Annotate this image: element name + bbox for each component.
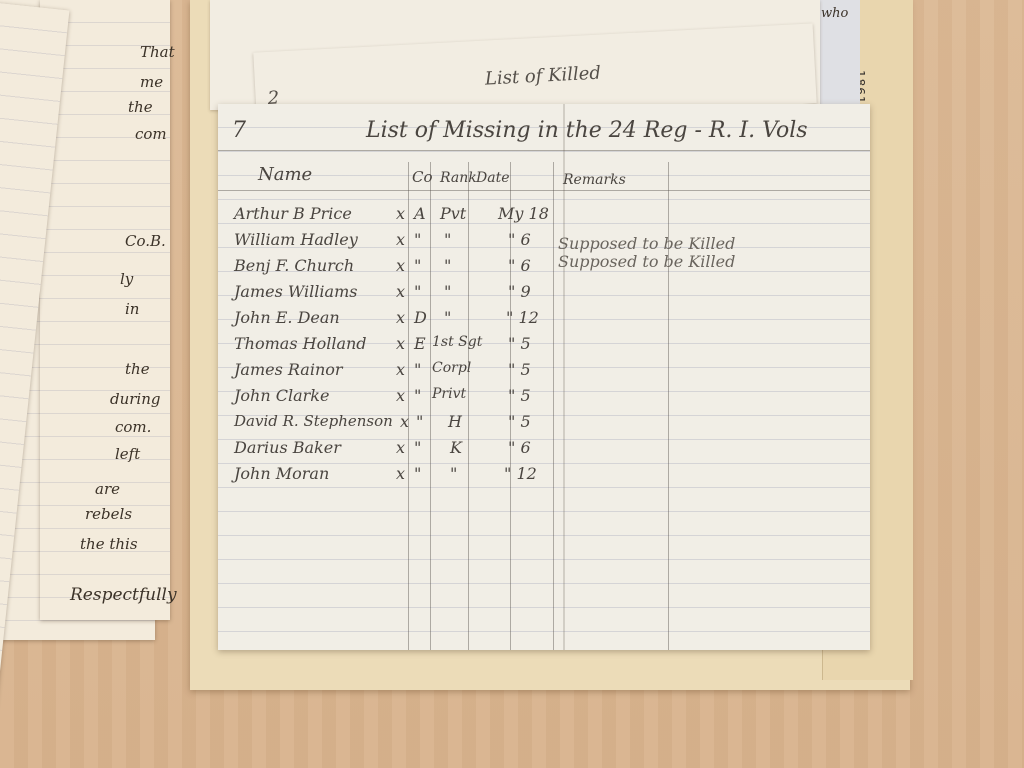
- cell-date: " 6: [508, 438, 531, 457]
- cell-date: " 5: [508, 360, 531, 379]
- letter-word: during: [110, 390, 161, 408]
- letter-word: com: [135, 125, 167, 143]
- cell-name: Thomas Holland: [234, 334, 367, 353]
- cell-date: " 12: [504, 464, 537, 483]
- table-row: Arthur B Price x A Pvt My 18: [218, 204, 870, 231]
- cell-mark: x: [396, 282, 405, 301]
- cell-mark: x: [396, 360, 405, 379]
- cell-co: ": [414, 256, 421, 275]
- letter-word: That: [140, 43, 175, 61]
- cell-name: John Moran: [234, 464, 329, 483]
- cell-mark: x: [396, 204, 405, 223]
- cell-name: Benj F. Church: [234, 256, 354, 275]
- ledger-sheet-missing: 7 List of Missing in the 24 Reg - R. I. …: [218, 104, 870, 650]
- cell-rank: ": [444, 282, 451, 301]
- cell-co: D: [414, 308, 427, 327]
- cell-name: Darius Baker: [234, 438, 341, 457]
- cell-mark: x: [396, 438, 405, 457]
- cell-co: E: [414, 334, 426, 353]
- cell-date: " 6: [508, 230, 531, 249]
- cell-rank: H: [448, 412, 462, 431]
- cell-rank: 1st Sgt: [432, 334, 482, 350]
- blue-sheet-text: who: [821, 6, 848, 21]
- cell-co: ": [414, 360, 421, 379]
- letter-word: the this: [80, 535, 138, 553]
- cell-mark: x: [396, 334, 405, 353]
- cell-co: ": [416, 412, 423, 431]
- cell-mark: x: [396, 386, 405, 405]
- cell-mark: x: [396, 230, 405, 249]
- letter-word: the: [125, 360, 150, 378]
- table-row: Thomas Holland x E 1st Sgt " 5: [218, 334, 870, 361]
- cell-rank: K: [450, 438, 462, 457]
- cell-co: ": [414, 464, 421, 483]
- letter-word: com.: [115, 418, 151, 436]
- table-row: David R. Stephenson x " H " 5: [218, 412, 870, 439]
- back-sheet-title: List of Killed: [484, 63, 601, 90]
- cell-name: John Clarke: [234, 386, 329, 405]
- column-header-name: Name: [258, 164, 312, 185]
- ledger-title: List of Missing in the 24 Reg - R. I. Vo…: [366, 118, 808, 143]
- cell-name: John E. Dean: [234, 308, 340, 327]
- table-row: James Rainor x " Corpl " 5: [218, 360, 870, 387]
- letter-closing: Respectfully: [70, 585, 177, 605]
- column-header-date: Date: [476, 170, 509, 186]
- table-row: John E. Dean x D " " 12: [218, 308, 870, 335]
- letter-word: ly: [120, 270, 133, 288]
- cell-co: ": [414, 386, 421, 405]
- cell-name: William Hadley: [234, 230, 358, 249]
- letter-word: rebels: [85, 505, 132, 523]
- cell-remarks: Supposed to be Killed: [558, 252, 735, 271]
- column-header-co: Co: [412, 168, 433, 186]
- cell-mark: x: [396, 308, 405, 327]
- letter-word: left: [115, 445, 140, 463]
- cell-co: ": [414, 282, 421, 301]
- cell-date: " 5: [508, 386, 531, 405]
- cell-name: Arthur B Price: [234, 204, 352, 223]
- table-row: John Clarke x " Privt " 5: [218, 386, 870, 413]
- cell-rank: Pvt: [440, 204, 466, 223]
- letter-word: are: [95, 480, 120, 498]
- cell-remarks: Supposed to be Killed: [558, 234, 735, 253]
- column-header-rank: Rank: [440, 170, 477, 186]
- table-row: James Williams x " " " 9: [218, 282, 870, 309]
- letter-word: the: [128, 98, 153, 116]
- cell-rank: ": [450, 464, 457, 483]
- cell-co: ": [414, 230, 421, 249]
- cell-rank: ": [444, 256, 451, 275]
- column-header-remarks: Remarks: [563, 172, 626, 188]
- blue-sheet: who: [815, 0, 860, 110]
- cell-date: " 6: [508, 256, 531, 275]
- table-row: Benj F. Church x " " " 6 Supposed to be …: [218, 256, 870, 283]
- cell-name: David R. Stephenson: [234, 412, 393, 430]
- cell-rank: ": [444, 230, 451, 249]
- cell-mark: x: [396, 464, 405, 483]
- cell-name: James Williams: [234, 282, 357, 301]
- cell-rank: Privt: [432, 386, 466, 402]
- cell-mark: x: [400, 412, 409, 431]
- letter-word: me: [140, 73, 163, 91]
- cell-name: James Rainor: [234, 360, 343, 379]
- table-row: John Moran x " " " 12: [218, 464, 870, 491]
- table-row: William Hadley x " " " 6 Supposed to be …: [218, 230, 870, 257]
- table-row: Darius Baker x " K " 6: [218, 438, 870, 465]
- cell-co: A: [414, 204, 426, 223]
- ledger-page-number: 7: [232, 118, 246, 143]
- cell-date: " 5: [508, 412, 531, 431]
- cell-date: My 18: [498, 204, 549, 223]
- cell-co: ": [414, 438, 421, 457]
- cell-rank: ": [444, 308, 451, 327]
- cell-date: " 5: [508, 334, 531, 353]
- cell-rank: Corpl: [432, 360, 471, 376]
- letter-word: in: [125, 300, 139, 318]
- cell-date: " 12: [506, 308, 539, 327]
- cell-mark: x: [396, 256, 405, 275]
- letter-word: Co.B.: [125, 232, 166, 250]
- cell-date: " 9: [508, 282, 531, 301]
